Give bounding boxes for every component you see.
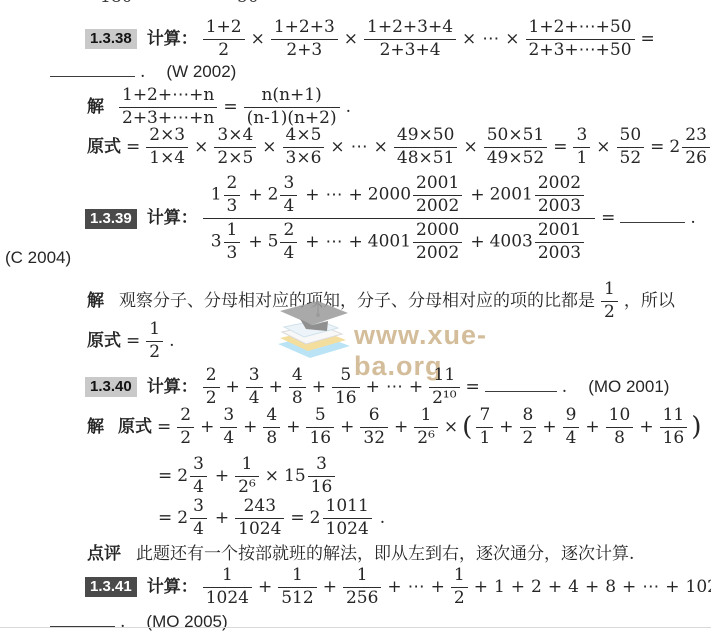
problem-1-3-40-line: 1.3.40计算：22+34+48+516+⋯+112¹⁰=.(MO 2001)	[85, 366, 669, 408]
math-text: +	[200, 417, 214, 437]
fraction-numerator: 1	[343, 566, 381, 588]
keyword-text: 计算：	[147, 208, 198, 227]
fraction: 34	[220, 406, 237, 448]
fraction-numerator: 5	[332, 366, 360, 388]
fraction-denominator: 4	[190, 477, 207, 498]
fraction-denominator: 4	[280, 243, 297, 264]
fraction: 20012002	[413, 174, 462, 216]
math-text: ⋯	[386, 377, 403, 397]
fraction-denominator: 16	[306, 428, 334, 449]
fraction-numerator: 2000	[413, 221, 462, 243]
fraction-denominator: 4	[563, 428, 580, 449]
math-text: +	[409, 377, 423, 397]
fraction-denominator: 48×51	[394, 148, 458, 169]
mixed-whole-part: 2	[310, 508, 321, 528]
fraction: 1+2+32+3	[271, 18, 338, 60]
math-text: +	[312, 377, 326, 397]
math-text: +	[215, 466, 229, 486]
mixed-number: 524	[268, 221, 301, 263]
scan-edge-line	[0, 627, 711, 628]
keyword-text: 解	[87, 291, 104, 310]
fraction-numerator: 1+2	[203, 18, 245, 40]
solution-1-3-40-step1: 解原式=22+34+48+516+632+12⁶×(71+82+94+108+1…	[85, 406, 702, 448]
math-text: .	[380, 508, 385, 528]
math-text: +	[431, 577, 445, 597]
fraction-denominator: 4	[220, 428, 237, 449]
fraction: 34	[190, 497, 207, 539]
fraction: 23	[224, 174, 241, 216]
math-expression: 计算：123+234+⋯+200020012002+20012002200331…	[145, 208, 699, 228]
mixed-number: 400320012003	[490, 221, 588, 263]
mixed-number: 234	[268, 174, 301, 216]
math-text: 1	[494, 577, 505, 597]
math-text: +	[366, 377, 380, 397]
keyword-text: 解	[87, 417, 104, 436]
math-text: ⋯	[408, 577, 425, 597]
mixed-number: 210111024	[310, 497, 375, 539]
math-text: =	[290, 508, 304, 528]
graduation-cap-books-icon	[272, 294, 354, 366]
math-text: +	[585, 577, 599, 597]
fraction-denominator: 16	[332, 388, 360, 409]
fraction: 3×42×5	[214, 126, 256, 168]
math-text: ×	[374, 137, 388, 157]
fraction-denominator: 2	[601, 302, 618, 323]
math-text: =	[650, 137, 664, 157]
math-text: 8	[605, 577, 616, 597]
fraction-denominator: 2	[146, 342, 163, 363]
fraction-numerator: 1	[414, 406, 438, 428]
fraction-numerator: 4×5	[283, 126, 325, 148]
problem-1-3-41-answer-blank-line: .(MO 2005)	[48, 612, 228, 631]
fraction-numerator: 3	[190, 497, 207, 519]
fraction-numerator: 1	[146, 320, 163, 342]
keyword-text: 计算：	[147, 377, 198, 396]
solution-1-3-38-step1: 解1+2+⋯+n2+3+⋯+n=n(n+1)(n-1)(n+2).	[85, 86, 354, 128]
fraction: 5052	[617, 126, 645, 168]
fraction: 34	[190, 455, 207, 497]
fraction-denominator: 2+3+⋯+50	[526, 40, 635, 61]
fraction-numerator: 2	[224, 174, 241, 196]
fraction-denominator: 1×4	[146, 148, 188, 169]
fraction-numerator: 4	[289, 366, 306, 388]
source-tag: (W 2002)	[166, 62, 236, 81]
math-expression: 解原式=22+34+48+516+632+12⁶×(71+82+94+108+1…	[85, 417, 702, 437]
fraction: 12	[601, 280, 618, 322]
fraction-denominator: 512	[278, 588, 316, 609]
fraction: 1+2+⋯+n2+3+⋯+n	[119, 86, 217, 128]
fraction-denominator: 4	[190, 519, 207, 540]
math-text: +	[499, 417, 513, 437]
problem-1-3-39-line: 1.3.39计算：123+234+⋯+200020012002+20012002…	[85, 172, 699, 265]
math-text: +	[248, 185, 262, 205]
left-parenthesis: (	[462, 412, 472, 442]
math-text: =	[601, 208, 615, 228]
fraction: 12⁶	[414, 406, 438, 448]
mixed-whole-part: 1	[211, 184, 222, 204]
math-expression: 计算：11024+1512+1256+⋯+12+1+2+4+8+⋯+1024=	[145, 577, 711, 597]
math-expression: .(W 2002)	[48, 62, 236, 82]
math-text: 1024	[686, 577, 711, 597]
fraction-numerator: 3	[280, 174, 297, 196]
fraction-numerator: 1011	[323, 497, 372, 519]
fraction: n(n+1)(n-1)(n+2)	[244, 86, 340, 128]
fraction: 48	[263, 406, 280, 448]
fraction-denominator: 4	[280, 196, 297, 217]
math-text: ×	[596, 137, 610, 157]
math-text: +	[269, 377, 283, 397]
fraction-denominator: 2	[451, 588, 468, 609]
fraction: 71	[476, 406, 493, 448]
fraction-numerator: 2×3	[146, 126, 188, 148]
math-text: +	[470, 232, 484, 252]
fraction-denominator: 2003	[535, 243, 584, 264]
mixed-whole-part: 2	[177, 466, 188, 486]
math-text: +	[305, 185, 319, 205]
problem-1-3-41-line: 1.3.41计算：11024+1512+1256+⋯+12+1+2+4+8+⋯+…	[85, 566, 711, 608]
source-tag: (MO 2005)	[146, 612, 227, 631]
fraction-numerator: 6	[360, 406, 388, 428]
fraction: 34	[246, 366, 263, 408]
solution-1-3-39-step2: 原式=12.	[85, 320, 177, 362]
fraction-numerator: 23	[682, 126, 710, 148]
fraction: 516	[306, 406, 334, 448]
fraction-denominator: 8	[606, 428, 634, 449]
math-text: 2	[531, 577, 542, 597]
math-text: ⋯	[642, 577, 659, 597]
math-text: +	[226, 377, 240, 397]
fraction: 1512	[278, 566, 316, 608]
math-text: ⋯	[326, 185, 343, 205]
fraction-numerator: 123+234+⋯+200020012002+200120022003	[203, 172, 595, 219]
math-text: +	[286, 417, 300, 437]
fraction-numerator: 1+2+⋯+n	[119, 86, 217, 108]
fraction-numerator: 1	[224, 221, 241, 243]
source-tag: (C 2004)	[5, 248, 71, 268]
right-parenthesis: )	[691, 412, 701, 442]
mixed-number: 400120002002	[368, 221, 466, 263]
fraction: 1+22	[203, 18, 245, 60]
answer-blank	[485, 390, 557, 392]
math-text: +	[639, 417, 653, 437]
keyword-text: 解	[87, 97, 104, 116]
math-text: =	[223, 97, 237, 117]
math-text: +	[665, 577, 679, 597]
fraction-denominator: 2003	[535, 196, 584, 217]
mixed-number: 22326	[669, 126, 711, 168]
fraction-numerator: 3×4	[214, 126, 256, 148]
fraction-denominator: 2	[520, 428, 537, 449]
fraction: 13	[224, 221, 241, 263]
fraction-denominator: 2	[177, 428, 194, 449]
fraction: 2326	[682, 126, 710, 168]
fraction-denominator: 1024	[323, 519, 372, 540]
mixed-number: 15316	[284, 455, 338, 497]
fraction-numerator: 50×51	[484, 126, 548, 148]
fraction-denominator: 2	[203, 388, 220, 409]
mixed-whole-part: 2001	[490, 184, 533, 204]
fraction-numerator: 1	[203, 566, 252, 588]
mixed-number: 123	[211, 174, 244, 216]
fraction-numerator: 1+2+3+4	[364, 18, 456, 40]
math-text: +	[323, 577, 337, 597]
math-text: +	[542, 417, 556, 437]
fraction-denominator: 26	[682, 148, 710, 169]
fraction: 49×5048×51	[394, 126, 458, 168]
mixed-whole-part: 15	[284, 466, 306, 486]
math-text: +	[243, 417, 257, 437]
fraction-numerator: n(n+1)	[244, 86, 340, 108]
mixed-whole-part: 5	[268, 231, 279, 251]
cropped-previous-line: 180 50	[0, 0, 711, 9]
math-expression: 计算：1+22×1+2+32+3×1+2+3+42+3+4×⋯×1+2+⋯+50…	[145, 29, 658, 49]
math-text: .	[120, 612, 125, 631]
fraction-denominator: 2002	[413, 196, 462, 217]
fraction-denominator: 256	[343, 588, 381, 609]
fraction-denominator: 8	[263, 428, 280, 449]
math-text: +	[349, 185, 363, 205]
math-text: =	[641, 29, 655, 49]
fraction-numerator: 50	[617, 126, 645, 148]
math-text: =	[158, 508, 172, 528]
fraction: 123+234+⋯+200020012002+200120022003313+5…	[203, 172, 595, 265]
math-text: ×	[262, 137, 276, 157]
solution-1-3-40-step2: =234+12⁶×15316	[155, 455, 340, 497]
math-text: 4	[568, 577, 579, 597]
fraction-numerator: 2	[203, 366, 220, 388]
fraction-denominator: 1	[573, 148, 590, 169]
math-text: +	[305, 232, 319, 252]
fraction: 1256	[343, 566, 381, 608]
fraction-denominator: 2¹⁰	[429, 388, 459, 409]
math-text: ×	[444, 417, 458, 437]
math-expression: =234+2431024=210111024.	[155, 508, 388, 528]
mixed-whole-part: 3	[211, 231, 222, 251]
cropped-number: 180	[100, 0, 132, 7]
math-expression: =234+12⁶×15316	[155, 466, 340, 486]
fraction: 1+2+⋯+502+3+⋯+50	[526, 18, 635, 60]
fraction: 1+2+3+42+3+4	[364, 18, 456, 60]
fraction-numerator: 11	[429, 366, 459, 388]
math-text: +	[394, 417, 408, 437]
problem-number-badge: 1.3.41	[85, 577, 137, 597]
fraction-denominator: 4	[246, 388, 263, 409]
fraction-denominator: 2×5	[214, 148, 256, 169]
comment-line: 点评此题还有一个按部就班的解法，即从左到右，逐次通分，逐次计算.	[85, 539, 637, 564]
math-text: +	[585, 417, 599, 437]
mixed-number: 234	[177, 497, 210, 539]
mixed-whole-part: 4003	[490, 231, 533, 251]
math-text: ×	[194, 137, 208, 157]
fraction: 31	[573, 126, 590, 168]
mixed-number: 200120022003	[490, 174, 588, 216]
math-text: +	[622, 577, 636, 597]
fraction: 50×5149×52	[484, 126, 548, 168]
answer-blank	[50, 75, 135, 77]
math-text: +	[258, 577, 272, 597]
fraction-denominator: 313+524+⋯+400120002002+400320012003	[203, 219, 595, 265]
solution-1-3-38-step2: 原式=2×31×4×3×42×5×4×53×6×⋯×49×5048×51×50×…	[85, 126, 711, 168]
fraction-denominator: 2+3	[271, 40, 338, 61]
fraction: 82	[520, 406, 537, 448]
fraction-numerator: 3	[220, 406, 237, 428]
fraction: 22	[177, 406, 194, 448]
math-text: =	[158, 466, 172, 486]
fraction: 94	[563, 406, 580, 448]
keyword-text: 点评	[87, 544, 121, 563]
fraction-denominator: 32	[360, 428, 388, 449]
math-text: ，所以	[624, 291, 675, 311]
math-expression: 原式=2×31×4×3×42×5×4×53×6×⋯×49×5048×51×50×…	[85, 137, 711, 157]
math-text: .	[690, 208, 695, 228]
fraction-denominator: 2	[203, 40, 245, 61]
math-text: +	[248, 232, 262, 252]
cropped-number: 50	[237, 0, 259, 7]
fraction-numerator: 10	[606, 406, 634, 428]
fraction: 10111024	[323, 497, 372, 539]
problem-1-3-38-line: 1.3.38计算：1+22×1+2+32+3×1+2+3+42+3+4×⋯×1+…	[85, 18, 658, 60]
answer-blank	[620, 221, 685, 223]
problem-number-badge: 1.3.38	[85, 29, 137, 49]
fraction-denominator: 1024	[203, 588, 252, 609]
fraction-numerator: 1	[601, 280, 618, 302]
fraction-numerator: 49×50	[394, 126, 458, 148]
fraction: 4×53×6	[283, 126, 325, 168]
math-text: .	[346, 97, 351, 117]
fraction-denominator: 3×6	[283, 148, 325, 169]
math-text: +	[470, 185, 484, 205]
mixed-whole-part: 4001	[368, 231, 411, 251]
fraction-numerator: 1	[278, 566, 316, 588]
problem-1-3-38-answer-blank-line: .(W 2002)	[48, 62, 236, 82]
fraction: 516	[332, 366, 360, 408]
math-text: ×	[251, 29, 265, 49]
fraction-numerator: 3	[246, 366, 263, 388]
source-label: (C 2004)	[5, 248, 71, 267]
fraction: 24	[280, 221, 297, 263]
math-expression: 计算：22+34+48+516+⋯+112¹⁰=.(MO 2001)	[145, 377, 670, 397]
math-expression: .(MO 2005)	[48, 612, 228, 631]
fraction: 316	[308, 455, 336, 497]
fraction: 20022003	[535, 174, 584, 216]
fraction: 12	[146, 320, 163, 362]
fraction-numerator: 2	[177, 406, 194, 428]
mixed-whole-part: 2	[268, 184, 279, 204]
fraction: 12	[451, 566, 468, 608]
fraction-numerator: 2	[280, 221, 297, 243]
math-expression: 点评此题还有一个按部就班的解法，即从左到右，逐次通分，逐次计算.	[85, 544, 637, 564]
keyword-text: 计算：	[147, 577, 198, 596]
math-text: ×	[344, 29, 358, 49]
fraction-numerator: 1	[451, 566, 468, 588]
fraction: 108	[606, 406, 634, 448]
fraction: 11024	[203, 566, 252, 608]
fraction-numerator: 9	[563, 406, 580, 428]
fraction-denominator: 2⁶	[414, 428, 438, 449]
source-tag: (MO 2001)	[588, 377, 669, 396]
math-text: +	[387, 577, 401, 597]
keyword-text: 计算：	[147, 29, 198, 48]
watermark: www.xue-ba.org	[272, 294, 532, 368]
keyword-text: 原式	[118, 417, 152, 436]
math-text: =	[126, 137, 140, 157]
fraction: 34	[280, 174, 297, 216]
math-text: +	[349, 232, 363, 252]
math-text: ⋯	[326, 232, 343, 252]
math-text: ×	[463, 137, 477, 157]
math-text: +	[511, 577, 525, 597]
fraction-numerator: 7	[476, 406, 493, 428]
fraction: 22	[203, 366, 220, 408]
math-text: ×	[330, 137, 344, 157]
fraction-numerator: 1+2+3	[271, 18, 338, 40]
math-text: =	[553, 137, 567, 157]
math-text: ⋯	[351, 137, 368, 157]
fraction-numerator: 11	[660, 406, 688, 428]
math-text: .	[169, 331, 174, 351]
math-text: .	[140, 62, 145, 82]
math-text: +	[340, 417, 354, 437]
fraction-numerator: 243	[235, 497, 284, 519]
fraction-denominator: 8	[289, 388, 306, 409]
math-text: =	[466, 377, 480, 397]
math-text: +	[548, 577, 562, 597]
fraction-numerator: 5	[306, 406, 334, 428]
math-text: +	[215, 508, 229, 528]
fraction-numerator: 2001	[535, 221, 584, 243]
problem-number-badge: 1.3.39	[85, 209, 137, 229]
fraction-denominator: 52	[617, 148, 645, 169]
fraction: 1116	[660, 406, 688, 448]
mixed-number: 234	[177, 455, 210, 497]
mixed-whole-part: 2	[669, 137, 680, 157]
mixed-number: 200020012002	[368, 174, 466, 216]
fraction-denominator: 2002	[413, 243, 462, 264]
math-text: 此题还有一个按部就班的解法，即从左到右，逐次通分，逐次计算.	[136, 544, 634, 564]
mixed-number: 313	[211, 221, 244, 263]
fraction: 20012003	[535, 221, 584, 263]
fraction-numerator: 3	[190, 455, 207, 477]
math-expression: 原式=12.	[85, 331, 177, 351]
fraction-numerator: 1	[235, 455, 259, 477]
solution-1-3-40-step3: =234+2431024=210111024.	[155, 497, 388, 539]
problem-number-badge: 1.3.40	[85, 377, 137, 397]
math-text: =	[157, 417, 171, 437]
fraction-denominator: 16	[660, 428, 688, 449]
fraction-denominator: 49×52	[484, 148, 548, 169]
fraction: 20002002	[413, 221, 462, 263]
fraction-numerator: 2001	[413, 174, 462, 196]
math-text: ×	[265, 466, 279, 486]
fraction-numerator: 3	[308, 455, 336, 477]
fraction: 2431024	[235, 497, 284, 539]
fraction: 112¹⁰	[429, 366, 459, 408]
fraction-denominator: 3	[224, 243, 241, 264]
fraction-denominator: 1024	[235, 519, 284, 540]
math-expression: 解1+2+⋯+n2+3+⋯+n=n(n+1)(n-1)(n+2).	[85, 97, 354, 117]
fraction: 48	[289, 366, 306, 408]
math-text: ×	[505, 29, 519, 49]
fraction: 2×31×4	[146, 126, 188, 168]
keyword-text: 原式	[87, 137, 121, 156]
mixed-whole-part: 2	[177, 508, 188, 528]
fraction-numerator: 2002	[535, 174, 584, 196]
fraction-denominator: 1	[476, 428, 493, 449]
keyword-text: 原式	[87, 331, 121, 350]
math-text: ×	[462, 29, 476, 49]
fraction-numerator: 4	[263, 406, 280, 428]
fraction-numerator: 1+2+⋯+50	[526, 18, 635, 40]
